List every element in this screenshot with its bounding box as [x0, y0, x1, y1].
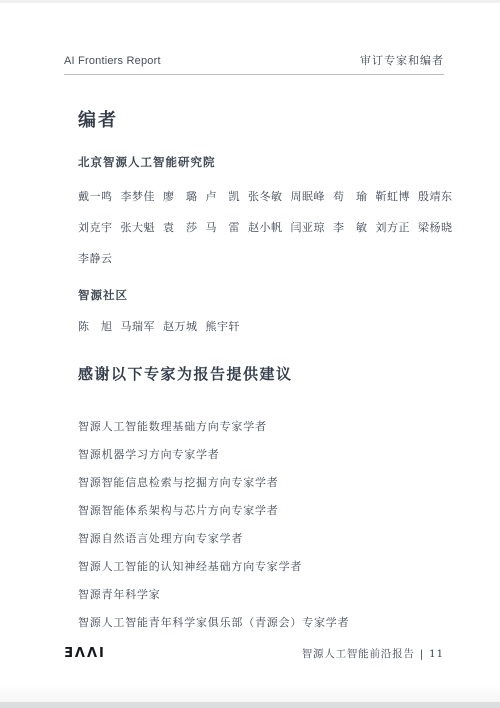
thanks-item: 智源人工智能青年科学家俱乐部（青源会）专家学者	[78, 615, 444, 630]
thanks-list: 智源人工智能数理基础方向专家学者智源机器学习方向专家学者智源智能信息检索与挖掘方…	[78, 419, 444, 630]
running-header-right: 审订专家和编者	[360, 52, 444, 68]
org-name-baai: 北京智源人工智能研究院	[78, 155, 444, 170]
thanks-item: 智源机器学习方向专家学者	[78, 447, 444, 462]
thanks-item: 智源人工智能数理基础方向专家学者	[78, 419, 444, 434]
editor-name: 周眠峰	[291, 189, 326, 204]
editor-name: 张冬敏	[248, 189, 283, 204]
editor-name: 李静云	[78, 251, 113, 266]
header-rule	[64, 74, 444, 75]
page-footer: ƎΛΛI 智源人工智能前沿报告|11	[64, 646, 444, 661]
editor-name: 张大魁	[121, 220, 156, 235]
editor-name: 靳虹博	[376, 189, 411, 204]
editor-name: 李 敏	[333, 220, 368, 235]
report-page: AI Frontiers Report 审订专家和编者 编者 北京智源人工智能研…	[0, 0, 500, 708]
editor-name: 刘克宇	[78, 220, 113, 235]
running-header-left: AI Frontiers Report	[64, 55, 161, 67]
page-bottom-fade	[0, 684, 500, 702]
org-name-community: 智源社区	[78, 288, 444, 303]
editor-name: 陈 旭	[78, 319, 113, 334]
editor-name-row-3: 李静云	[78, 251, 444, 266]
community-name-row: 陈 旭马瑞军赵万城熊宇轩	[78, 319, 444, 334]
editor-name: 刘方正	[376, 220, 411, 235]
editor-name: 廖 璐	[163, 189, 198, 204]
editor-name: 戴一鸣	[78, 189, 113, 204]
running-header: AI Frontiers Report 审订专家和编者	[64, 0, 444, 68]
thanks-item: 智源自然语言处理方向专家学者	[78, 531, 444, 546]
footer-report-title: 智源人工智能前沿报告	[302, 648, 415, 660]
footer-page-info: 智源人工智能前沿报告|11	[302, 646, 444, 661]
baai-logo: ƎΛΛI	[64, 646, 106, 661]
page-bottom-edge	[0, 702, 500, 708]
thanks-heading: 感谢以下专家为报告提供建议	[78, 364, 444, 384]
thanks-item: 智源人工智能的认知神经基础方向专家学者	[78, 559, 444, 574]
page-content: AI Frontiers Report 审订专家和编者 编者 北京智源人工智能研…	[0, 0, 500, 661]
editor-name: 殷靖东	[418, 189, 453, 204]
thanks-item: 智源青年科学家	[78, 587, 444, 602]
editor-name: 闫亚琼	[291, 220, 326, 235]
editor-name: 卢 凯	[206, 189, 241, 204]
editor-name: 苟 瑜	[333, 189, 368, 204]
editor-name: 赵万城	[163, 319, 198, 334]
editor-name: 马 雷	[206, 220, 241, 235]
editor-name: 梁杨晓	[418, 220, 453, 235]
thanks-item: 智源智能信息检索与挖掘方向专家学者	[78, 475, 444, 490]
editor-name: 马瑞军	[121, 319, 156, 334]
editor-name: 赵小帆	[248, 220, 283, 235]
editors-heading: 编者	[78, 109, 444, 133]
editor-name-row-2: 刘克宇张大魁袁 莎马 雷赵小帆闫亚琼李 敏刘方正梁杨晓	[78, 220, 444, 235]
footer-page-number: 11	[429, 648, 444, 660]
editor-name: 熊宇轩	[206, 319, 241, 334]
editor-name: 袁 莎	[163, 220, 198, 235]
thanks-item: 智源智能体系架构与芯片方向专家学者	[78, 503, 444, 518]
footer-separator: |	[420, 648, 424, 660]
editor-name: 李梦佳	[121, 189, 156, 204]
editor-name-row-1: 戴一鸣李梦佳廖 璐卢 凯张冬敏周眠峰苟 瑜靳虹博殷靖东	[78, 189, 444, 204]
